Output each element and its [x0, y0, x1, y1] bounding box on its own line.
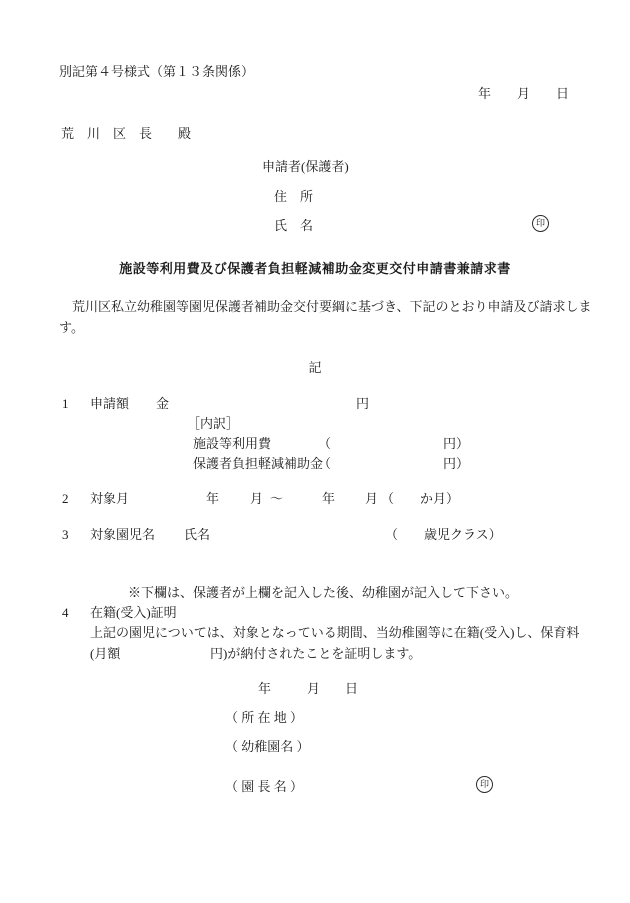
- item1-number: 1: [62, 396, 69, 411]
- footer-date-line: 年 月 日: [0, 681, 630, 698]
- breakdown-row-open-paren: （: [318, 436, 331, 451]
- breakdown-row-close-paren: 円）: [443, 436, 469, 451]
- intro-text-2: す。: [59, 320, 84, 335]
- item1-line: 1 申請額 金 円: [0, 396, 630, 413]
- footer-principal-line: （ 園 長 名 ）: [0, 779, 630, 796]
- form-document-page: 別記第４号様式（第１３条関係） 年 月 日 荒 川 区 長 殿 申請者(保護者)…: [0, 0, 630, 903]
- breakdown-row-label: 保護者負担軽減補助金: [193, 456, 323, 471]
- header-date-line: 年 月 日: [0, 86, 630, 103]
- applicant-label-line: 申請者(保護者): [0, 159, 630, 176]
- item2-month2: 月: [365, 491, 378, 506]
- footer-kindergarten-label: （ 幼稚園名 ）: [225, 739, 310, 754]
- breakdown-row-open-paren: （: [318, 456, 331, 471]
- item3-name-label: 氏名: [184, 527, 210, 542]
- intro-paragraph-line2: す。: [0, 320, 630, 337]
- note-text: ※下欄は、保護者が上欄を記入した後、幼稚園が記入して下さい。: [128, 585, 518, 600]
- note-line: ※下欄は、保護者が上欄を記入した後、幼稚園が記入して下さい。: [0, 585, 630, 602]
- breakdown-row-label: 施設等利用費: [193, 436, 271, 451]
- item1-amount-unit: 円: [356, 396, 369, 411]
- item4-heading-line: 4 在籍(受入)証明: [0, 605, 630, 622]
- breakdown-row-guardian: 保護者負担軽減補助金 （ 円）: [0, 456, 630, 473]
- item1-label: 申請額: [90, 396, 129, 411]
- item3-line: 3 対象園児名 氏名 （ 歳児クラス）: [0, 527, 630, 544]
- footer-date-day: 日: [345, 681, 358, 696]
- item4-body-line2: (月額 円)が納付されたことを証明します。: [0, 646, 630, 663]
- footer-kindergarten-line: （ 幼稚園名 ）: [0, 739, 630, 756]
- addressee-line: 荒 川 区 長 殿: [0, 126, 630, 143]
- item2-month1: 月: [250, 491, 263, 506]
- item2-year2: 年: [322, 491, 335, 506]
- applicant-name-label: 氏 名: [274, 218, 313, 233]
- intro-paragraph-line1: 荒川区私立幼稚園等園児保護者補助金交付要綱に基づき、下記のとおり申請及び請求しま: [0, 299, 630, 316]
- item4-body-text1: 上記の園児については、対象となっている期間、当幼稚園等に在籍(受入)し、保育料: [90, 625, 579, 640]
- page-title: 施設等利用費及び保護者負担軽減補助金変更交付申請書兼請求書: [0, 261, 630, 278]
- form-id: 別記第４号様式（第１３条関係）: [59, 64, 254, 79]
- item2-tilde: ～: [270, 491, 283, 506]
- breakdown-label: ［内訳］: [187, 416, 239, 431]
- item3-class-paren: （ 歳児クラス）: [385, 527, 502, 542]
- item2-months-paren: （ か月）: [381, 491, 459, 506]
- item4-number: 4: [62, 605, 69, 620]
- item1-amount-prefix: 金: [156, 396, 169, 411]
- item4-body-line1: 上記の園児については、対象となっている期間、当幼稚園等に在籍(受入)し、保育料: [0, 625, 630, 642]
- footer-principal-label: （ 園 長 名 ）: [225, 779, 303, 794]
- breakdown-label-line: ［内訳］: [0, 416, 630, 433]
- applicant-address-line: 住 所: [0, 189, 630, 206]
- item2-year1: 年: [206, 491, 219, 506]
- record-heading: 記: [0, 360, 630, 377]
- item4-label: 在籍(受入)証明: [90, 605, 177, 620]
- item3-label: 対象園児名: [90, 527, 155, 542]
- item2-label: 対象月: [90, 491, 129, 506]
- form-id-line: 別記第４号様式（第１３条関係）: [0, 64, 630, 81]
- item2-line: 2 対象月 年 月 ～ 年 月 （ か月）: [0, 491, 630, 508]
- intro-text-1: 荒川区私立幼稚園等園児保護者補助金交付要綱に基づき、下記のとおり申請及び請求しま: [59, 299, 591, 314]
- addressee: 荒 川 区 長 殿: [61, 126, 191, 141]
- breakdown-row-close-paren: 円）: [443, 456, 469, 471]
- footer-location-line: （ 所 在 地 ）: [0, 710, 630, 727]
- applicant-seal-icon: 印: [532, 215, 549, 232]
- breakdown-row-facility: 施設等利用費 （ 円）: [0, 436, 630, 453]
- footer-date-year: 年: [258, 681, 271, 696]
- item4-body-suffix: 円)が納付されたことを証明します。: [210, 646, 421, 661]
- applicant-address-label: 住 所: [274, 189, 313, 204]
- footer-location-label: （ 所 在 地 ）: [225, 710, 303, 725]
- header-date-placeholder: 年 月 日: [478, 86, 569, 101]
- footer-date-month: 月: [307, 681, 320, 696]
- item3-number: 3: [62, 527, 69, 542]
- principal-seal-icon: 印: [476, 776, 493, 793]
- item2-number: 2: [62, 491, 69, 506]
- applicant-label: 申請者(保護者): [262, 159, 349, 174]
- item4-body-prefix: (月額: [90, 646, 120, 661]
